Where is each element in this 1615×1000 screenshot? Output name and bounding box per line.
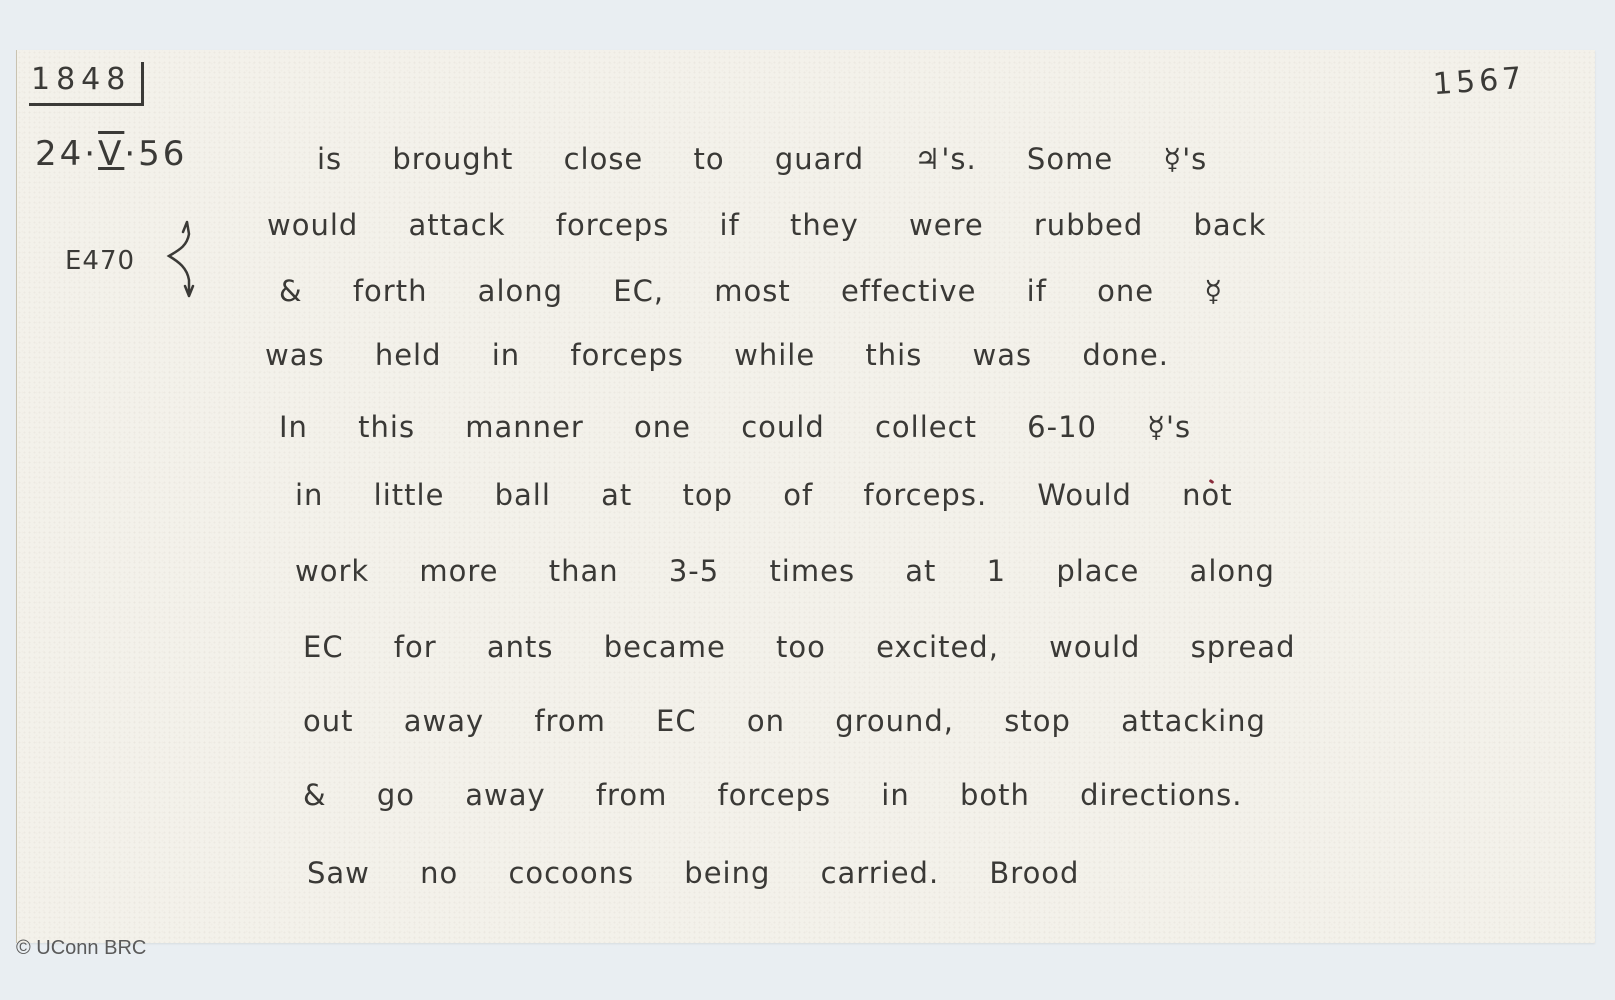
note-line: in little ball at top of forceps. Would … xyxy=(295,478,1233,512)
note-line: is brought close to guard ♃'s. Some ☿'s xyxy=(317,142,1207,176)
card-number: 1567 xyxy=(1432,61,1527,102)
note-line: Saw no cocoons being carried. Brood xyxy=(307,856,1079,890)
note-line: & go away from forceps in both direction… xyxy=(303,778,1243,812)
index-card: 1848 1567 24·V·56 E470 is brought close … xyxy=(17,50,1595,943)
date-day: 24 xyxy=(35,134,84,174)
brace-arrow-icon xyxy=(165,220,195,300)
serial-number: 1848 xyxy=(29,62,144,106)
note-line: & forth along EC, most effective if one … xyxy=(279,274,1223,308)
note-line: work more than 3-5 times at 1 place alon… xyxy=(295,554,1275,588)
date-year: 56 xyxy=(138,134,187,174)
copyright-notice: © UConn BRC xyxy=(16,937,146,960)
note-line: would attack forceps if they were rubbed… xyxy=(267,208,1266,242)
entry-date: 24·V·56 xyxy=(35,134,187,174)
date-month-roman: V xyxy=(98,134,124,174)
note-line: out away from EC on ground, stop attacki… xyxy=(303,704,1266,738)
reference-code: E470 xyxy=(65,246,135,276)
note-line: EC for ants became too excited, would sp… xyxy=(303,630,1295,664)
note-line: In this manner one could collect 6-10 ☿'… xyxy=(279,410,1191,444)
note-line: was held in forceps while this was done. xyxy=(265,338,1169,372)
